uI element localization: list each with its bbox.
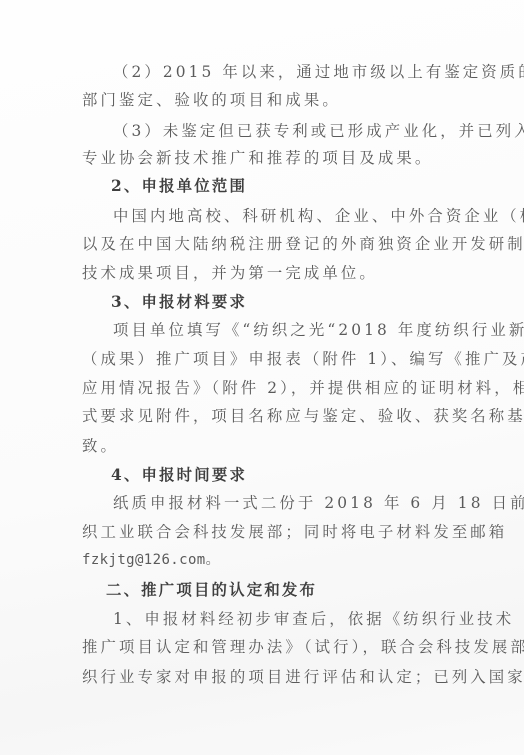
document-page: （2）2015 年以来，通过地市级以上有鉴定资质的相关 部门鉴定、验收的项目和成…: [0, 0, 524, 755]
section-heading-applicant-scope: 2、申报单位范围: [111, 176, 491, 196]
paragraph-time-requirements: 纸质申报材料一式二份于 2018 年 6 月 18 日前报中国纺: [113, 493, 493, 513]
paragraph-item-2: （2）2015 年以来，通过地市级以上有鉴定资质的相关: [113, 62, 493, 82]
paragraph-continuation: 应用情况报告》（附件 2），并提供相应的证明材料，相关格: [82, 378, 462, 398]
paragraph-continuation: 式要求见附件，项目名称应与鉴定、验收、获奖名称基本一: [82, 406, 462, 426]
paragraph-material-requirements: 项目单位填写《“纺织之光“2018 年度纺织行业新技术: [113, 320, 493, 340]
paragraph-recognition-1: 1、申报材料经初步审查后，依据《纺织行业技术（成果）: [113, 609, 493, 629]
paragraph-continuation: 推广项目认定和管理办法》（试行），联合会科技发展部将组: [82, 637, 462, 657]
paragraph-continuation: 以及在中国大陆纳税注册登记的外商独资企业开发研制的: [82, 234, 462, 254]
paragraph-continuation: 织工业联合会科技发展部；同时将电子材料发至邮箱: [82, 522, 462, 542]
paragraph-continuation: 部门鉴定、验收的项目和成果。: [82, 90, 462, 110]
paragraph-continuation: 织行业专家对申报的项目进行评估和认定；已列入国家计划: [82, 667, 462, 687]
paragraph-applicant-scope: 中国内地高校、科研机构、企业、中外合资企业（机构）: [113, 206, 493, 226]
paragraph-item-3: （3）未鉴定但已获专利或已形成产业化，并已列入各: [113, 121, 493, 141]
paragraph-continuation: 致。: [82, 436, 462, 456]
section-heading-recognition-release: 二、推广项目的认定和发布: [106, 580, 486, 600]
email-address: fzkjtg@126.com。: [82, 550, 462, 570]
paragraph-continuation: （成果）推广项目》申报表（附件 1）、编写《推广及产业化: [82, 349, 462, 369]
section-heading-time-requirements: 4、申报时间要求: [111, 465, 491, 485]
section-heading-material-requirements: 3、申报材料要求: [111, 292, 491, 312]
paragraph-continuation: 专业协会新技术推广和推荐的项目及成果。: [82, 148, 462, 168]
paragraph-continuation: 技术成果项目，并为第一完成单位。: [82, 263, 462, 283]
